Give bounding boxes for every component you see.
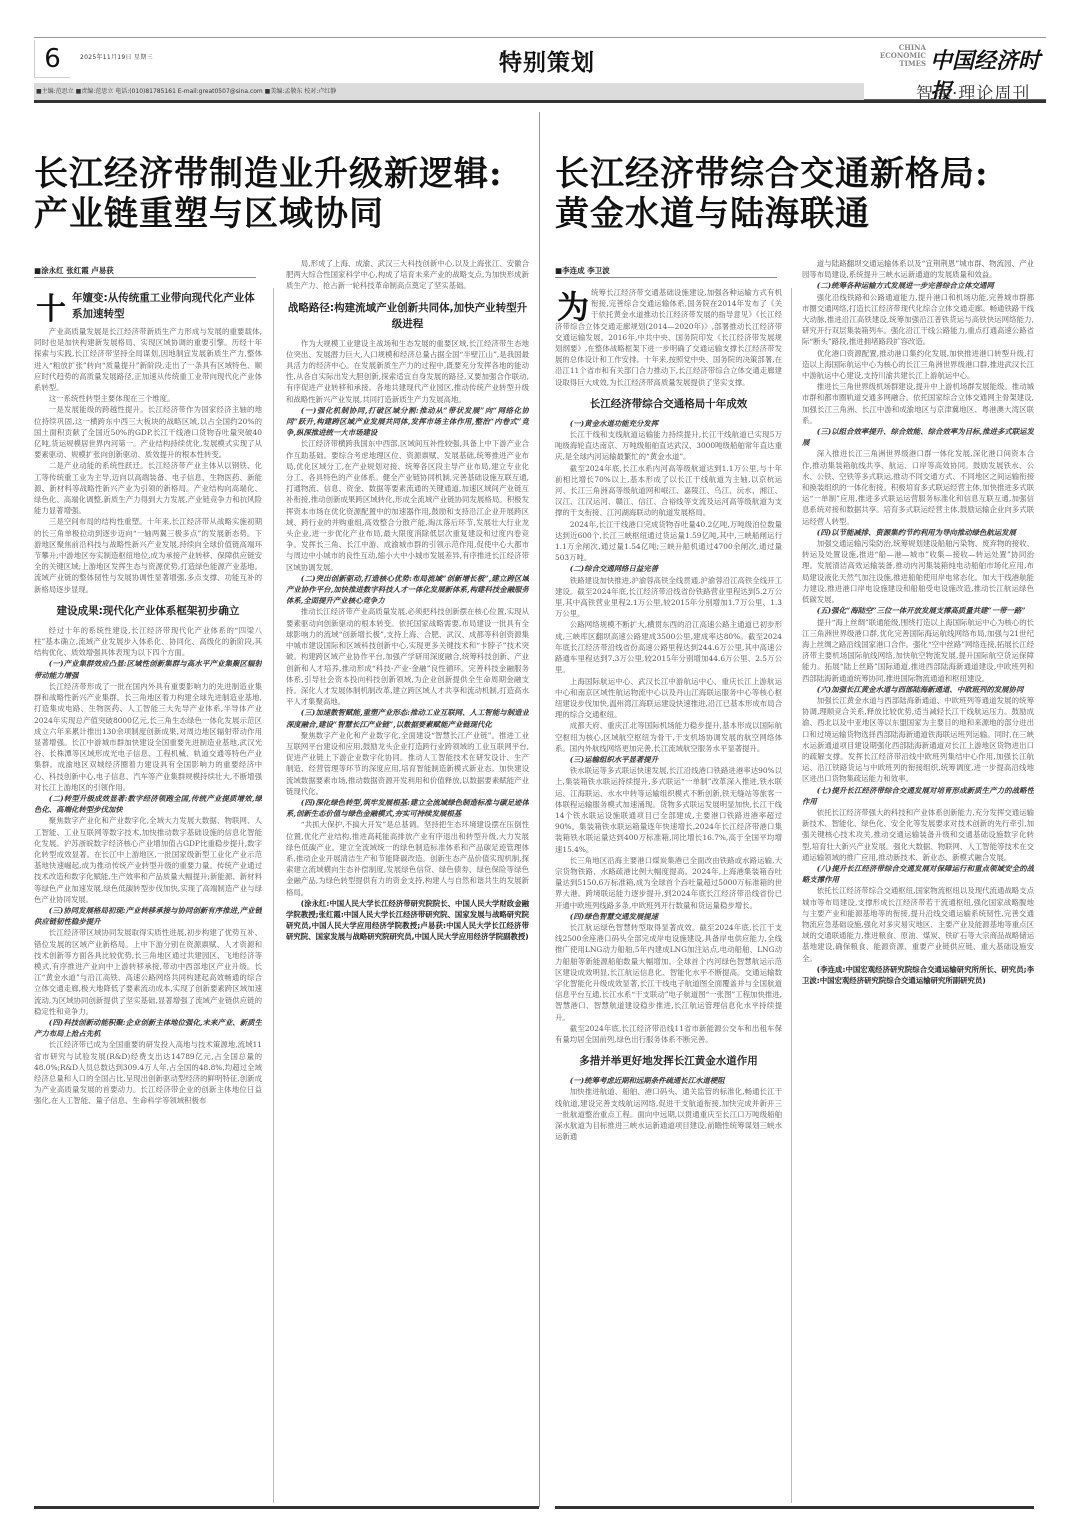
author-bio: (李连成:中国宏观经济研究院综合交通运输研究所所长、研究员;李卫波:中国宏观经济… — [802, 964, 1034, 986]
subheading: (四)以节能减排、资源集约节约利用为导向推动绿色航运发展 — [802, 527, 1034, 538]
paragraph: 长江经济带区域协同发展取得实质性进展,初步构建了优势互补、错位发展的区域产业新格… — [34, 927, 262, 1017]
subheading: (四)深化绿色转型,筑牢发展根基:建立全流域绿色制造标准与碳足迹体系,创新生态价… — [286, 797, 529, 819]
paragraph: 长江经济带形成了一批在国内外具有重要影响力的先进制造业集群和战略性新兴产业集群。… — [34, 681, 262, 793]
subheading: (三)以组合效率提升、综合效能、综合效率为目标,推进多式联运发展 — [802, 426, 1034, 448]
left-lead-heading: 年嬗变:从传统重工业带向现代化产业体系加速转型 — [72, 290, 262, 322]
paragraph: 铁路建设加快推进,沪渝蓉高铁全线贯通,沪渝蓉沿江高铁全线开工建设。截至2024年… — [555, 575, 782, 620]
paragraph: 作为大规模工业建设主战场和生态发展的重要区域,长江经济带生态地位突出、发展潜力巨… — [286, 338, 529, 405]
left-byline-rule — [34, 277, 256, 278]
dropcap-spacer — [555, 287, 591, 319]
paragraph: 加强交通运输污染防治,统筹规划建设船舶污染物、废弃物的接收、转运及处置设施,推进… — [802, 538, 1034, 605]
paragraph: 长江航运绿色智慧转型取得显著成效。截至2024年底,长江干支线2500余座港口码… — [555, 922, 782, 1023]
paragraph: 推进长三角世界级机场群建设,提升中上游机场群发展能级。推动城市群和都市圈轨道交通… — [802, 381, 1034, 426]
author-bio: (涂永红:中国人民大学长江经济带研究院院长、中国人民大学财政金融学院教授;张红霞… — [286, 898, 529, 943]
paragraph: 上海国际航运中心、武汉长江中游航运中心、重庆长江上游航运中心和南京区域性航运物流… — [555, 676, 782, 721]
paragraph: 长江干线和支线航道运输能力持续提升,长江干线航道已实现5万吨级海轮直达南京、万吨… — [555, 429, 782, 463]
subheading: (一)黄金水道功能充分发挥 — [555, 418, 782, 429]
subheading: (二)统筹各种运输方式发展进一步完善综合立体交通网 — [802, 280, 1034, 291]
left-bottom-rule — [34, 1506, 539, 1509]
subheading: (四)绿色智慧交通发展提速 — [555, 911, 782, 922]
subheading: (三)协同发展格局初现:产业转移承接与协同创新有序推进,产业链供应链韧性稳步提升 — [34, 905, 262, 927]
paragraph: 这一系统性转型主要体现在三个维度。 — [34, 393, 262, 404]
paragraph: 长江经济带已成为全国重要的研发投入高地与技术策源地,流域11省市研究与试验发展(… — [34, 1039, 262, 1106]
paragraph: 经过十年的系统性建设,长江经济带现代化产业体系的“四梁八柱”基本确立,流域产业发… — [34, 625, 262, 659]
paragraph: 提升“海上丝绸”联通能级,围绕打造以上海国际航运中心为核心的长江三角洲世界级港口… — [802, 617, 1034, 684]
right-byline-rule — [555, 277, 777, 278]
paragraph: 道与陆路翻坝交通运输体系以及“宜荆荆恩”城市群、物流园、产业园等布局建设,系统提… — [802, 258, 1034, 280]
paragraph: 聚焦数字产业化和产业数字化,全域大力发展大数据、物联网、人工智能、工业互联网等数… — [34, 815, 262, 905]
paragraph: 加快推进航道、船舶、港口码头、通关监管的标准化,畅通长江干线航道,建设完善支线航… — [555, 1086, 782, 1142]
paragraph: 依托长江经济带强大的科技和产业体系创新能力,充分发挥交通运输新技术、智能化、绿色… — [802, 807, 1034, 863]
section-heading: 建设成果:现代化产业体系框架初步确立 — [34, 603, 262, 619]
header-thick-rule — [34, 100, 1046, 103]
logo-english: CHINA ECONOMIC TIMES — [864, 44, 926, 68]
paragraph: 长三角地区沿海主要港口煤炭集港已全面改由铁路或水路运输,大宗货物铁路、水路疏港比… — [555, 855, 782, 911]
right-article-col1: 统筹长江经济带交通基础设施建设,加强各种运输方式有机衔接,完善综合交通运输体系,… — [555, 287, 782, 1502]
right-article-col2: 道与陆路翻坝交通运输体系以及“宜荆荆恩”城市群、物流园、产业园等布局建设,系统提… — [802, 258, 1034, 1502]
section-title: 特别策划 — [499, 44, 595, 77]
paragraph: 长江经济带横跨我国东中西部,区域间互补性较强,具备上中下游产业合作互助基础。要综… — [286, 438, 529, 572]
paragraph: 截至2024年底,长江经济带沿线11省市新能源公交车和出租车保有量均居全国前列,… — [555, 1023, 782, 1045]
subheading: (五)强化“海陆空”三位一体开放发展支撑高质量共建“一带一路” — [802, 605, 1034, 616]
subheading: (一)统筹考虑近期和远期条件疏通长江水道梗阻 — [555, 1075, 782, 1086]
section-heading: 长江经济带综合交通格局十年成效 — [555, 396, 782, 412]
left-article-col2: 局,形成了上海、成渝、武汉三大科技创新中心,以及上海张江、安徽合肥两大综合性国家… — [286, 258, 529, 1502]
staff-bar: ■主编:范思立 ■责编:范思立 电话:(010)81785161 E-mail:… — [34, 83, 864, 100]
subheading: (四)科技创新动能积聚:企业创新主体地位强化,未来产业、新质生产力布局上抢占先机 — [34, 1017, 262, 1039]
paragraph: 强化沿线铁路和公路通道能力,提升港口和机场功能,完善城市群都市圈交通网络,打造长… — [802, 292, 1034, 348]
paragraph: 成都天府、重庆江北等国际机场能力稳步提升,基本形成以国际航空枢纽为核心,区域航空… — [555, 720, 782, 754]
subheading: (七)提升长江经济带综合交通发展对培育形成新质生产力的战略性作用 — [802, 785, 1034, 807]
subheading: (二)突出创新驱动,打造核心优势:布局流域“创新增长极”,建立跨区域产业协作平台… — [286, 573, 529, 607]
column-separator — [791, 288, 792, 1503]
left-headline: 长江经济带制造业升级新逻辑: 产业链重塑与区域协同 — [34, 154, 503, 234]
right-bottom-rule — [555, 1506, 1034, 1509]
section-heading: 战略路径:构建流域产业创新共同体,加快产业转型升级进程 — [286, 300, 529, 332]
paragraph: 深入推进长江三角洲世界级港口群一体化发展,深化港口间资本合作,推动集装箱航线共享… — [802, 448, 1034, 526]
subheading: (二)转型升级成效显著:数字经济领跑全国,传统产业提质增效,绿色化、高端化转型步… — [34, 793, 262, 815]
subheading: (二)综合交通网络日益完善 — [555, 563, 782, 574]
left-dropcap: 十 — [36, 284, 66, 328]
paragraph: 优化港口资源配置,推动港口集约化发展,加快推进港口转型升级,打造以上海国际航运中… — [802, 348, 1034, 382]
subheading: (一)产业集群效应凸显:区域性创新集群与高水平产业集聚区辐射带动能力增强 — [34, 658, 262, 680]
paragraph: 2024年,长江干线港口完成货物吞吐量40.2亿吨,万吨级泊位数量达到近600个… — [555, 519, 782, 564]
paragraph: 聚焦数字产业化和产业数字化,全面建设“智慧长江产业链”。推进工业互联网平台建设和… — [286, 730, 529, 797]
page-number: 6 — [34, 40, 70, 78]
subheading: (六)加强长江黄金水道与西部陆海新通道、中欧班列的发展协同 — [802, 684, 1034, 695]
paragraph: 三是空间布局的结构性重塑。十年来,长江经济带从战略实施初期的长三角单极拉动到逐步… — [34, 516, 262, 594]
subheading: (三)运输组织水平显著提升 — [555, 754, 782, 765]
paragraph: 铁水联运等多式联运快速发展,长江沿线港口铁路进港率达90%以上,集装箱铁水联运持… — [555, 765, 782, 855]
paragraph: 产业高质量发展是长江经济带新质生产力形成与发展的重要载体,同时也是加快构建新发展… — [34, 326, 262, 393]
top-rule — [34, 37, 1046, 38]
right-byline: ■李连成 李卫波 — [555, 265, 610, 276]
paragraph: 依托长江经济带综合交通枢纽,国家物流枢纽以及现代流通战略支点城市等布局建设,支撑… — [802, 885, 1034, 963]
section-heading: 多措并举更好地发挥长江黄金水道作用 — [555, 1053, 782, 1069]
dateline: 2025年11月19日 星期三 — [80, 52, 153, 61]
paragraph: 一是发展能级的跨越性提升。长江经济带作为国家经济主轴的地位持续巩固,这一横跨东中… — [34, 404, 262, 460]
article-divider — [539, 112, 540, 1507]
right-headline: 长江经济带综合交通新格局: 黄金水道与陆海联通 — [555, 154, 989, 234]
left-byline: ■涂永红 张红霞 卢易获 — [34, 265, 114, 276]
paragraph: 截至2024年底,长江水系内河高等级航道达到1.1万公里,与十年前相比增长70%… — [555, 463, 782, 519]
paragraph: 推动长江经济带产业高质量发展,必须把科技创新摆在核心位置,实现从要素驱动向创新驱… — [286, 606, 529, 707]
paragraph: 加强长江黄金水道与西部陆海新通道、中欧班列等通道发展的统筹协调,理顺竞合关系,释… — [802, 695, 1034, 785]
subheading: (一)强化机制协同,打破区域分割:推动从“带状发展”向“网络化协同”跃升,构建跨… — [286, 405, 529, 439]
newspaper-page: 6 2025年11月19日 星期三 特别策划 CHINA ECONOMIC TI… — [34, 0, 1046, 1533]
left-article-col1: 产业高质量发展是长江经济带新质生产力形成与发展的重要载体,同时也是加快构建新发展… — [34, 326, 262, 1502]
paragraph: 公路网络规模不断扩大,横贯东西的沿江高速公路主通道已初步形成,三峡库区翻坝高速公… — [555, 619, 782, 675]
subheading: (八)提升长江经济带综合交通发展对保障运行和重点领域安全的战略支撑作用 — [802, 863, 1034, 885]
subheading: (三)加速数智赋能,重塑产业形态:推动工业互联网、人工智能与制造业深度融合,建设… — [286, 707, 529, 729]
paragraph: 局,形成了上海、成渝、武汉三大科技创新中心,以及上海张江、安徽合肥两大综合性国家… — [286, 258, 529, 292]
paragraph: 二是产业动能的系统性跃迁。长江经济带产业主体从以钢铁、化工等传统重工业为主导,迈… — [34, 460, 262, 516]
column-separator — [273, 288, 274, 1503]
paragraph: “共抓大保护,不搞大开发”是总基调。坚持把生态环境建设摆在压倒性位置,优化产业结… — [286, 819, 529, 897]
